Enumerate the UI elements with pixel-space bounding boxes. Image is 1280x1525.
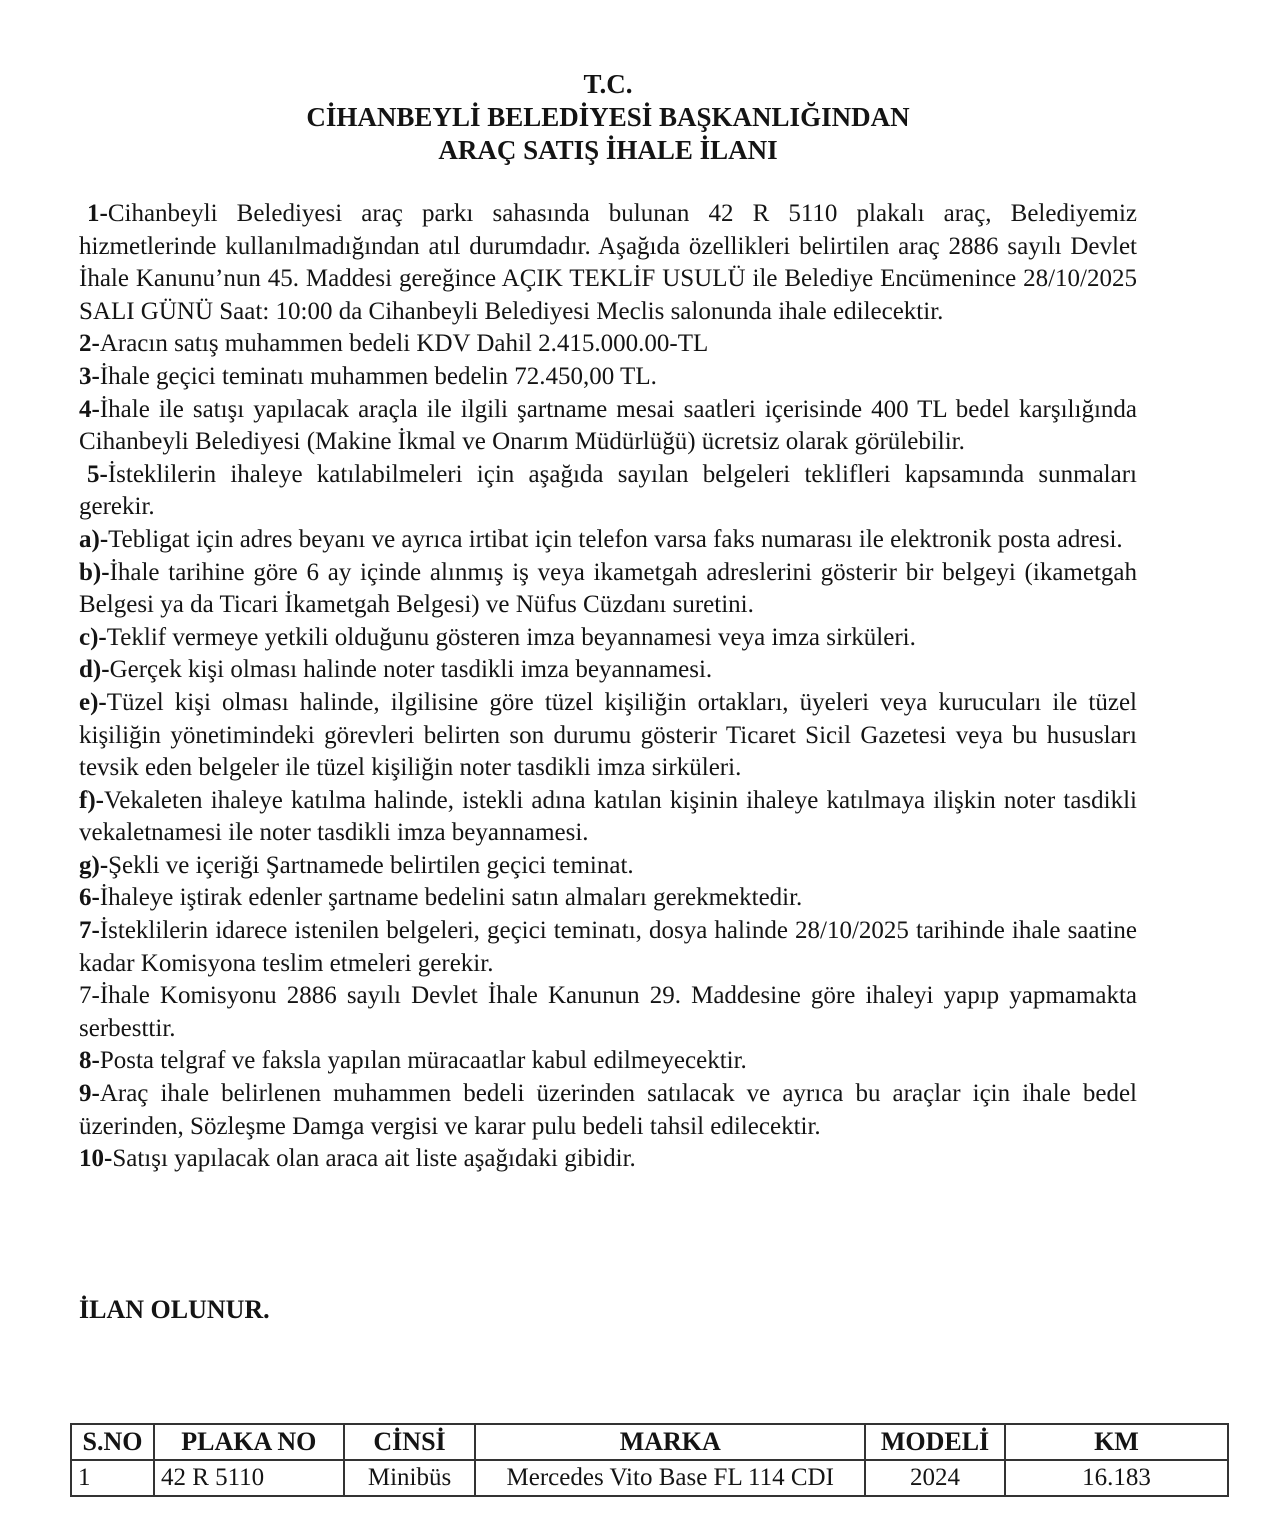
paragraph-2: 2-Aracın satış muhammen bedeli KDV Dahil… xyxy=(79,328,1137,361)
paragraph-5b: b)-İhale tarihine göre 6 ay içinde alınm… xyxy=(79,557,1137,622)
table-header-row: S.NO PLAKA NO CİNSİ MARKA MODELİ KM xyxy=(71,1424,1228,1460)
paragraph-10: 10-Satışı yapılacak olan araca ait liste… xyxy=(79,1143,1137,1176)
paragraph-7: 7-İsteklilerin idarece istenilen belgele… xyxy=(79,915,1137,980)
vehicle-table: S.NO PLAKA NO CİNSİ MARKA MODELİ KM 1 42… xyxy=(70,1423,1229,1497)
cell-plate: 42 R 5110 xyxy=(154,1460,344,1496)
document-header: T.C. CİHANBEYLİ BELEDİYESİ BAŞKANLIĞINDA… xyxy=(0,68,1216,167)
paragraph-5e: e)-Tüzel kişi olması halinde, ilgilisine… xyxy=(79,687,1137,785)
column-header-sno: S.NO xyxy=(71,1424,154,1460)
cell-sno: 1 xyxy=(71,1460,154,1496)
paragraph-5g: g)-Şekli ve içeriği Şartnamede belirtile… xyxy=(79,850,1137,883)
paragraph-5d: d)-Gerçek kişi olması halinde noter tasd… xyxy=(79,654,1137,687)
paragraph-7-commission: 7-İhale Komisyonu 2886 sayılı Devlet İha… xyxy=(79,980,1137,1045)
paragraph-5f: f)-Vekaleten ihaleye katılma halinde, is… xyxy=(79,785,1137,850)
cell-type: Minibüs xyxy=(344,1460,476,1496)
closing-statement: İLAN OLUNUR. xyxy=(79,1294,270,1326)
column-header-type: CİNSİ xyxy=(344,1424,476,1460)
paragraph-1: 1-Cihanbeyli Belediyesi araç parkı sahas… xyxy=(79,198,1137,328)
cell-brand: Mercedes Vito Base FL 114 CDI xyxy=(475,1460,865,1496)
column-header-model: MODELİ xyxy=(865,1424,1005,1460)
cell-km: 16.183 xyxy=(1005,1460,1228,1496)
paragraph-6: 6-İhaleye iştirak edenler şartname bedel… xyxy=(79,882,1137,915)
header-municipality: CİHANBEYLİ BELEDİYESİ BAŞKANLIĞINDAN xyxy=(0,101,1216,134)
paragraph-8: 8-Posta telgraf ve faksla yapılan müraca… xyxy=(79,1045,1137,1078)
table-row: 1 42 R 5110 Minibüs Mercedes Vito Base F… xyxy=(71,1460,1228,1496)
column-header-plate: PLAKA NO xyxy=(154,1424,344,1460)
paragraph-5a: a)-Tebligat için adres beyanı ve ayrıca … xyxy=(79,524,1137,557)
paragraph-5: 5-İsteklilerin ihaleye katılabilmeleri i… xyxy=(79,459,1137,524)
cell-model: 2024 xyxy=(865,1460,1005,1496)
paragraph-4: 4-İhale ile satışı yapılacak araçla ile … xyxy=(79,394,1137,459)
notice-body: 1-Cihanbeyli Belediyesi araç parkı sahas… xyxy=(79,198,1137,1176)
paragraph-3: 3-İhale geçici teminatı muhammen bedelin… xyxy=(79,361,1137,394)
header-notice-title: ARAÇ SATIŞ İHALE İLANI xyxy=(0,134,1216,167)
column-header-brand: MARKA xyxy=(475,1424,865,1460)
header-tc: T.C. xyxy=(0,68,1216,101)
paragraph-9: 9-Araç ihale belirlenen muhammen bedeli … xyxy=(79,1078,1137,1143)
paragraph-5c: c)-Teklif vermeye yetkili olduğunu göste… xyxy=(79,622,1137,655)
column-header-km: KM xyxy=(1005,1424,1228,1460)
